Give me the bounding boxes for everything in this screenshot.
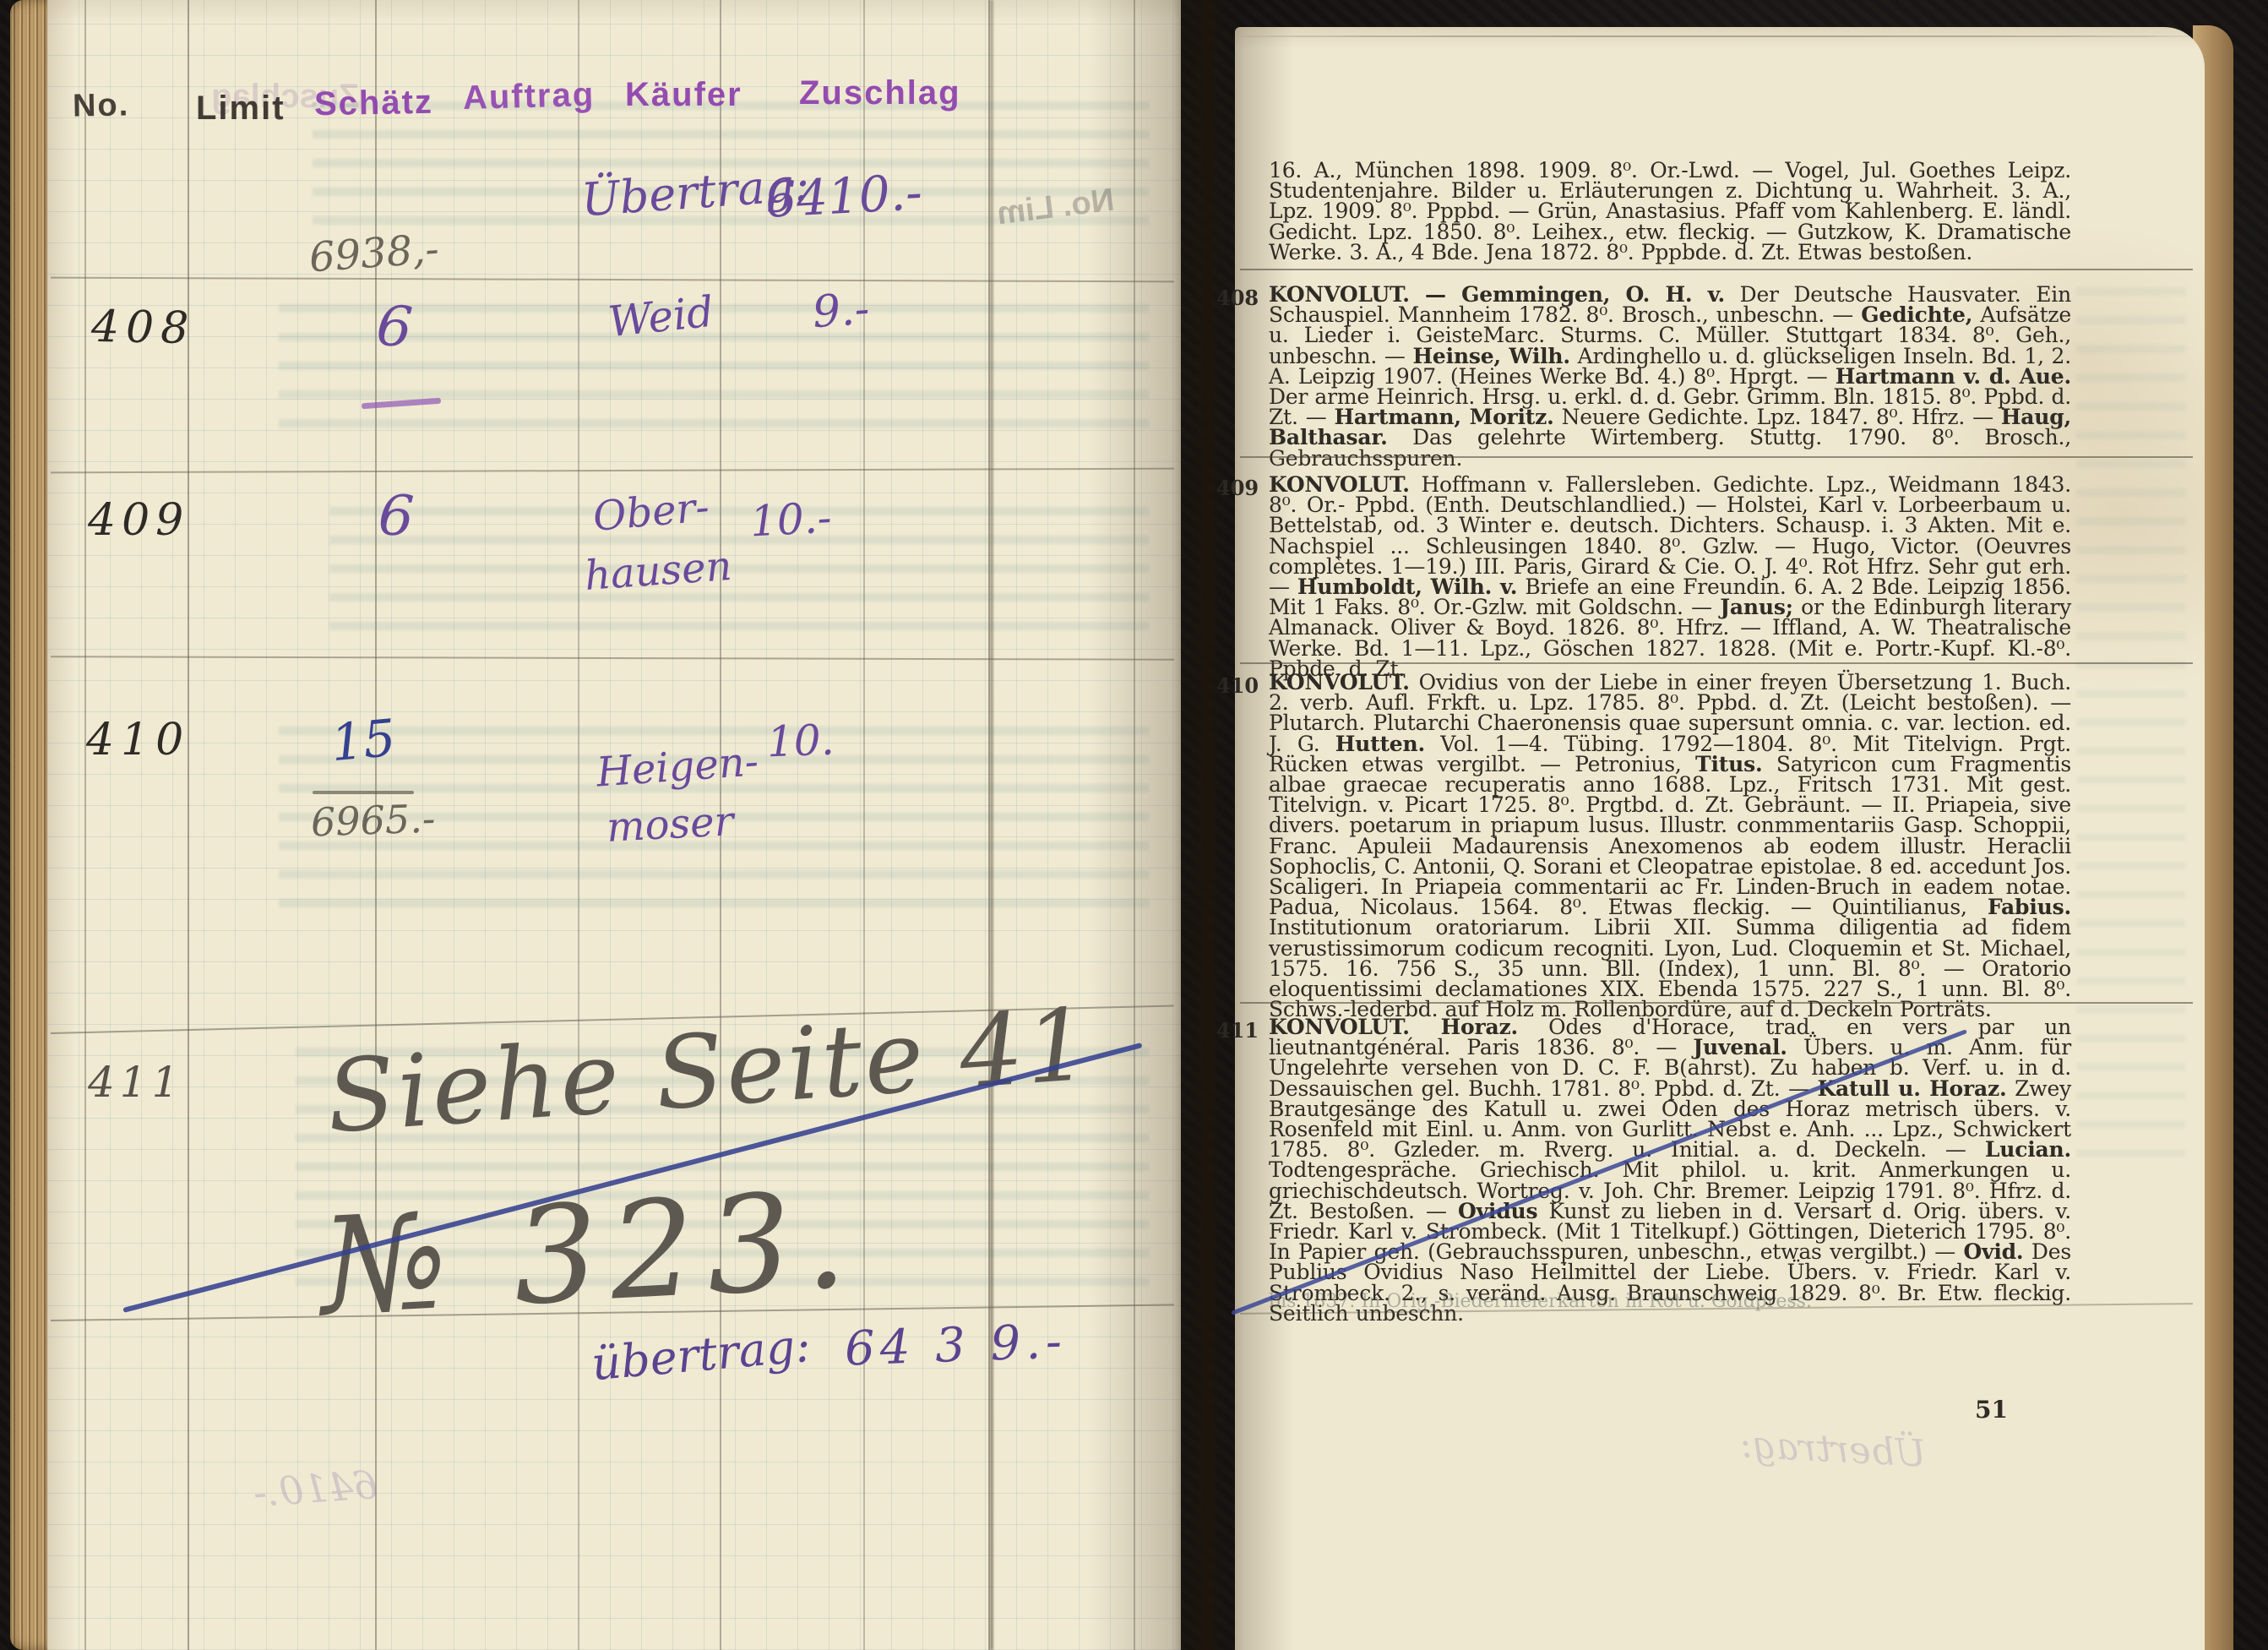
catalog-entry-409: 409 KONVOLUT. Hoffmann v. Fallersleben. … bbox=[1269, 475, 2071, 679]
buyer-409-line1: Ober- bbox=[591, 483, 711, 541]
entry-number: 411 bbox=[1216, 1018, 1259, 1043]
entry-text: KONVOLUT. Ovidius von der Liebe in einer… bbox=[1269, 673, 2071, 1020]
column-header-kaeufer: Käufer bbox=[625, 76, 742, 114]
hammer-price-409: 10.- bbox=[749, 493, 833, 547]
catalog-entry-411: 411 KONVOLUT. Horaz. Odes d'Horace, trad… bbox=[1269, 1017, 2071, 1324]
lot-number-411: 411 bbox=[88, 1058, 183, 1107]
entry-text: KONVOLUT. — Gemmingen, O. H. v. Der Deut… bbox=[1269, 285, 2071, 469]
column-header-auftrag: Auftrag bbox=[462, 76, 595, 117]
page-crease bbox=[990, 0, 993, 1650]
entry-text: KONVOLUT. Horaz. Odes d'Horace, trad. en… bbox=[1269, 1017, 2071, 1324]
lot-number-408: 408 bbox=[90, 302, 195, 354]
entry-separator-line bbox=[1240, 662, 2193, 664]
entry-number: 410 bbox=[1216, 673, 1259, 698]
entry-number: 409 bbox=[1216, 476, 1259, 500]
entry-separator-line bbox=[1240, 1002, 2193, 1004]
lot-number-410: 410 bbox=[86, 715, 190, 765]
column-rule bbox=[863, 0, 865, 1650]
entry-text: KONVOLUT. Hoffmann v. Fallersleben. Gedi… bbox=[1269, 475, 2071, 679]
lot-number-409: 409 bbox=[88, 495, 189, 546]
schaetz-408: 6 bbox=[374, 292, 416, 360]
buyer-410-line2: moser bbox=[606, 798, 735, 852]
column-header-schaetz: Schätz bbox=[314, 84, 434, 123]
entry-text: 16. A., München 1898. 1909. 8⁰. Or.-Lwd.… bbox=[1269, 161, 2071, 263]
entry-separator-line bbox=[1240, 269, 2193, 270]
catalog-intro-continuation: 16. A., München 1898. 1909. 8⁰. Or.-Lwd.… bbox=[1269, 161, 2071, 263]
carry-forward-bottom-value: 64 3 9.- bbox=[844, 1314, 1068, 1376]
book-photo: Zuschlag No. Lim 6410.- No. Limit Schätz… bbox=[0, 0, 2268, 1650]
book-fore-edge bbox=[10, 0, 52, 1650]
sum-line bbox=[313, 791, 414, 794]
page-top-edge-line bbox=[1242, 35, 2195, 37]
catalog-entry-410: 410 KONVOLUT. Ovidius von der Liebe in e… bbox=[1269, 673, 2071, 1020]
schaetz-409: 6 bbox=[377, 482, 416, 549]
column-header-zuschlag: Zuschlag bbox=[799, 74, 961, 112]
schaetz-410: 15 bbox=[329, 709, 398, 773]
column-rule bbox=[1134, 0, 1135, 1650]
column-header-no: No. bbox=[73, 87, 130, 124]
hammer-price-408: 9.- bbox=[811, 284, 871, 339]
column-rule bbox=[84, 0, 86, 1650]
column-rule bbox=[578, 0, 579, 1650]
catalog-entry-408: 408 KONVOLUT. — Gemmingen, O. H. v. Der … bbox=[1269, 285, 2071, 469]
column-rule bbox=[188, 0, 189, 1650]
page-number: 51 bbox=[1975, 1396, 2008, 1424]
running-sum-6965: 6965.- bbox=[310, 795, 436, 845]
entry-number: 408 bbox=[1216, 286, 1259, 310]
schaetz-note-6938: 6938,- bbox=[307, 226, 440, 282]
carry-forward-top-value: 6410.- bbox=[764, 163, 923, 229]
entry-separator-line bbox=[1240, 456, 2193, 458]
hammer-price-410: 10. bbox=[766, 716, 835, 767]
column-header-limit: Limit bbox=[196, 90, 286, 128]
